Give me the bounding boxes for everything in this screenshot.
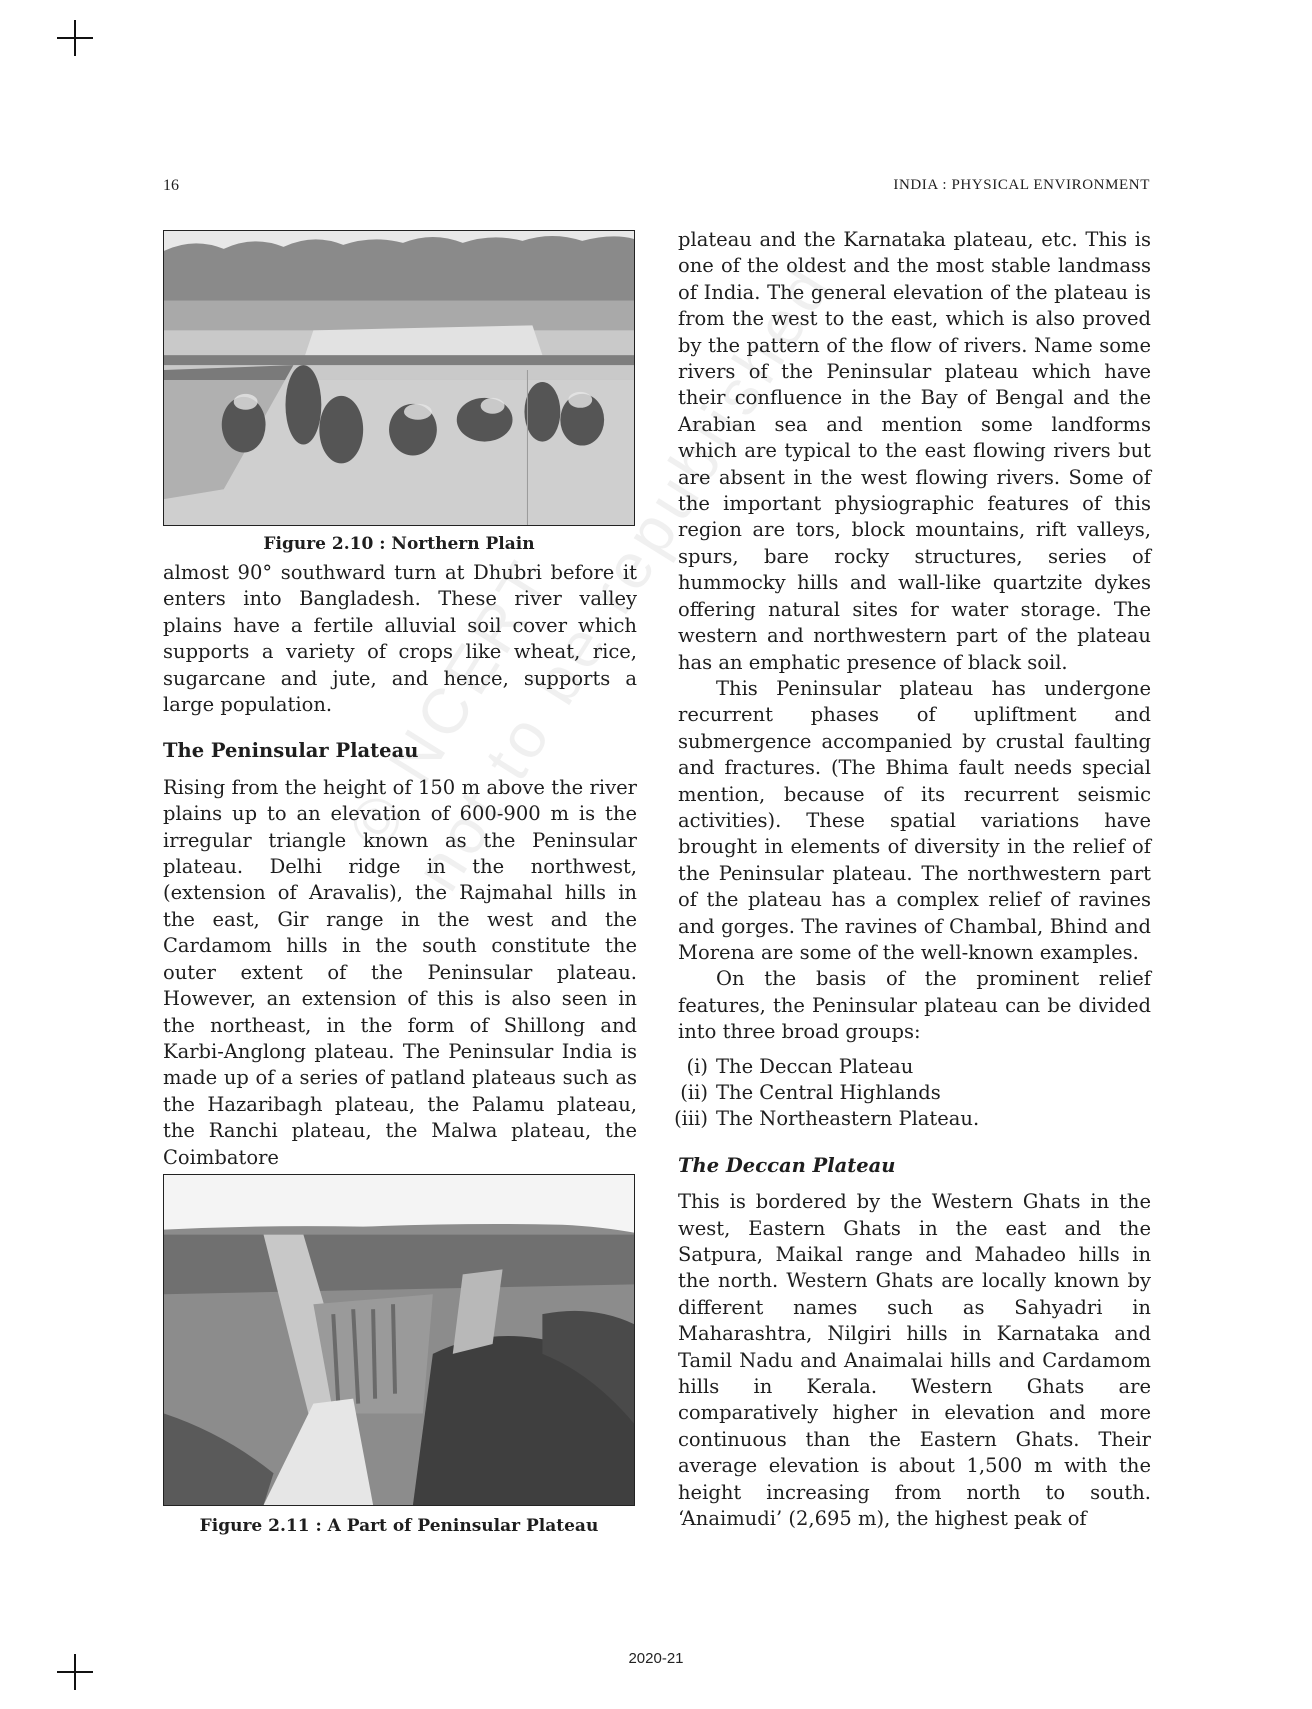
crop-mark-top-left bbox=[57, 20, 93, 56]
paragraph: almost 90° southward turn at Dhubri befo… bbox=[163, 560, 637, 718]
paragraph: Rising from the height of 150 m above th… bbox=[163, 775, 637, 1171]
list-item: (ii) The Central Highlands bbox=[672, 1080, 1151, 1106]
list-item-number: (i) bbox=[672, 1054, 716, 1080]
list-item: (i) The Deccan Plateau bbox=[672, 1054, 1151, 1080]
list-item-text: The Central Highlands bbox=[716, 1080, 941, 1106]
list-item-number: (iii) bbox=[672, 1106, 716, 1132]
photo-northern-plain bbox=[163, 230, 635, 526]
figure-northern-plain: Figure 2.10 : Northern Plain bbox=[163, 230, 635, 554]
photo-peninsular-plateau bbox=[163, 1174, 635, 1506]
list-item-text: The Deccan Plateau bbox=[716, 1054, 913, 1080]
left-column: almost 90° southward turn at Dhubri befo… bbox=[163, 560, 637, 1171]
plateau-cliff-image-icon bbox=[164, 1175, 634, 1505]
right-column: plateau and the Karnataka plateau, etc. … bbox=[678, 227, 1151, 1533]
plateau-groups-list: (i) The Deccan Plateau (ii) The Central … bbox=[672, 1054, 1151, 1133]
footer-year: 2020-21 bbox=[0, 1650, 1312, 1667]
paragraph: This Peninsular plateau has undergone re… bbox=[678, 676, 1151, 966]
figure-peninsular-plateau: Figure 2.11 : A Part of Peninsular Plate… bbox=[163, 1174, 635, 1536]
figure-caption: Figure 2.11 : A Part of Peninsular Plate… bbox=[163, 1516, 635, 1536]
running-title: INDIA : PHYSICAL ENVIRONMENT bbox=[893, 177, 1150, 194]
list-item-text: The Northeastern Plateau. bbox=[716, 1106, 979, 1132]
page-number: 16 bbox=[163, 177, 179, 195]
section-heading: The Peninsular Plateau bbox=[163, 738, 637, 764]
rice-field-image-icon bbox=[164, 231, 634, 525]
list-item: (iii) The Northeastern Plateau. bbox=[672, 1106, 1151, 1132]
list-item-number: (ii) bbox=[672, 1080, 716, 1106]
figure-caption: Figure 2.10 : Northern Plain bbox=[163, 534, 635, 554]
paragraph: plateau and the Karnataka plateau, etc. … bbox=[678, 227, 1151, 676]
paragraph: On the basis of the prominent relief fea… bbox=[678, 966, 1151, 1045]
paragraph: This is bordered by the Western Ghats in… bbox=[678, 1189, 1151, 1532]
subsection-heading: The Deccan Plateau bbox=[678, 1153, 1151, 1179]
